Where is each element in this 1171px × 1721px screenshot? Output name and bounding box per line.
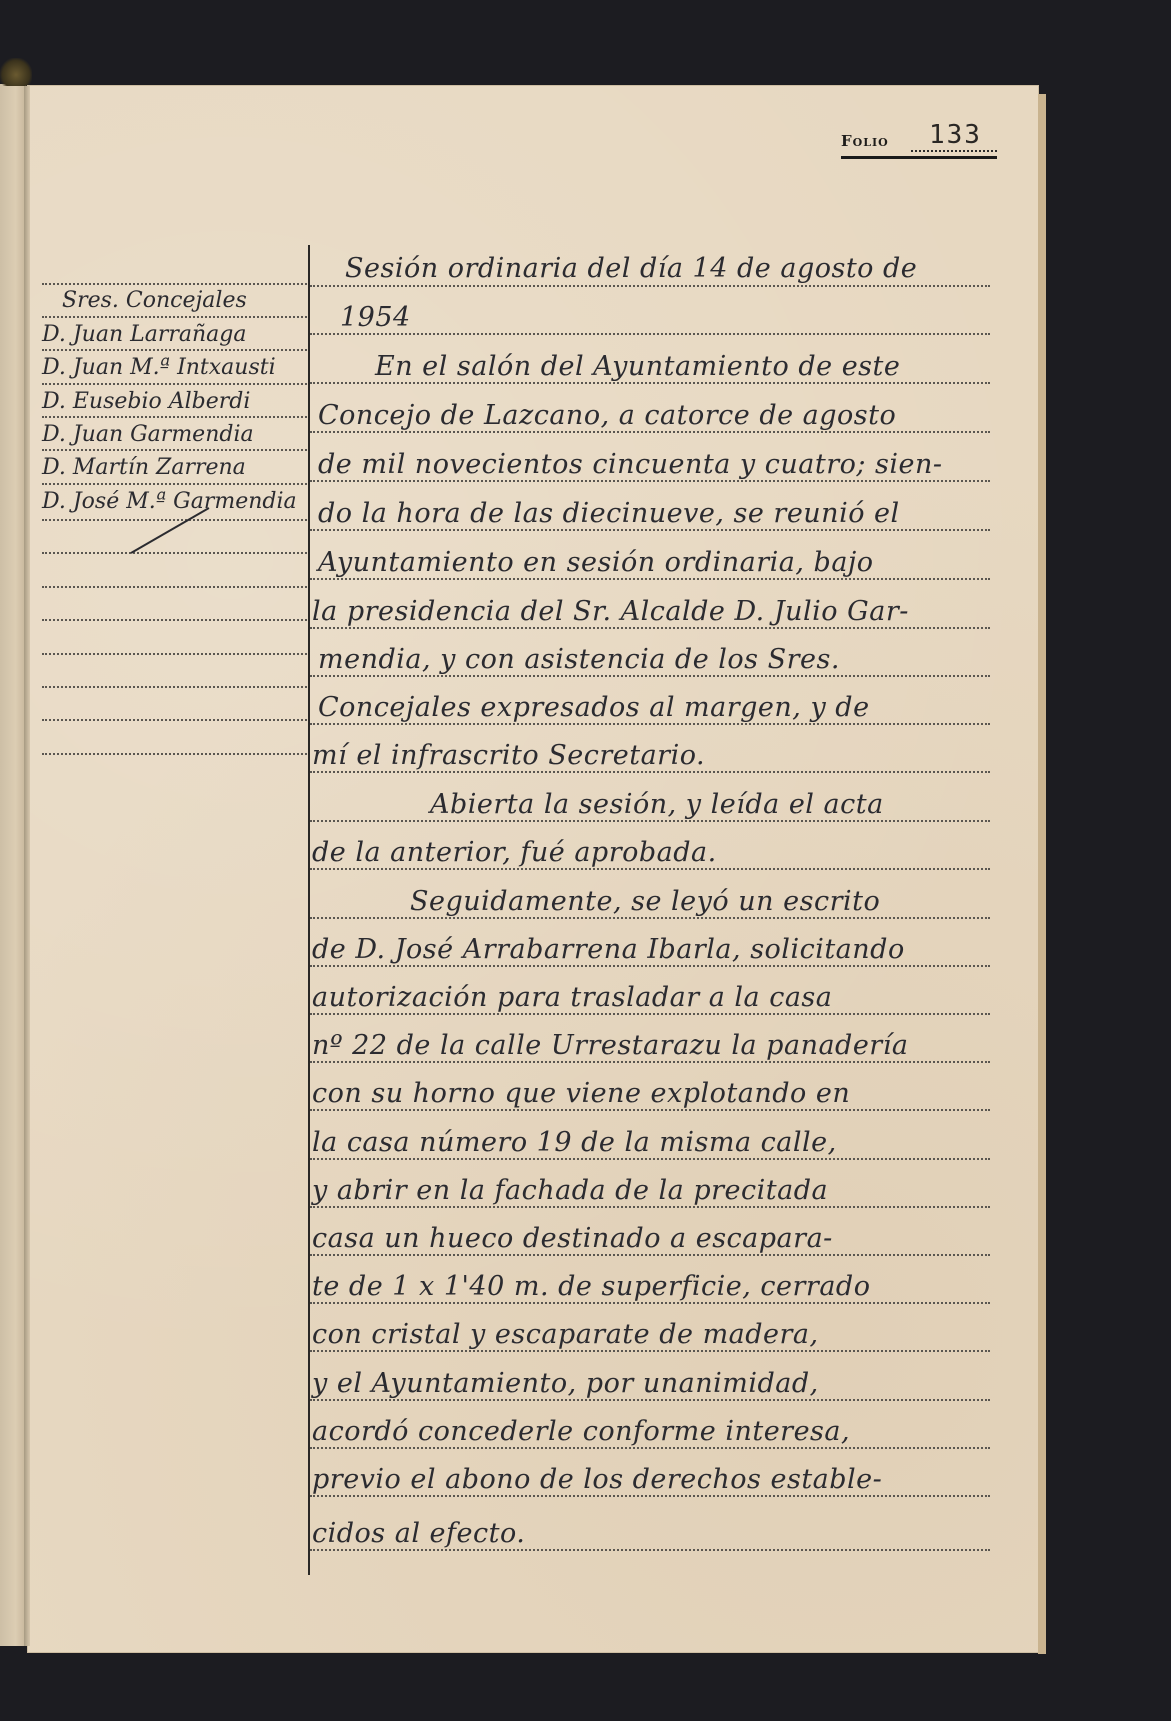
body-line: de la anterior, fué aprobada. [312, 839, 717, 866]
body-rule [310, 723, 990, 725]
folio-label: Folio [841, 132, 889, 150]
attendee-name: D. José M.ª Garmendia [42, 491, 297, 513]
body-rule [310, 1302, 990, 1304]
body-line: mí el infrascrito Secretario. [312, 742, 705, 769]
body-line: con cristal y escaparate de madera, [312, 1321, 819, 1348]
folio-number: 133 [929, 120, 982, 150]
folio-underline [841, 156, 997, 159]
margin-rule [42, 519, 307, 521]
body-line: do la hora de las diecinueve, se reunió … [318, 500, 900, 527]
margin-rule [42, 316, 307, 318]
attendee-name: D. Juan M.ª Intxausti [42, 357, 276, 379]
body-line: y abrir en la fachada de la precitada [312, 1177, 828, 1204]
body-rule [310, 1549, 990, 1551]
body-line: En el salón del Ayuntamiento de este [375, 353, 900, 380]
body-line: Seguidamente, se leyó un escrito [410, 888, 880, 915]
body-rule [310, 480, 990, 482]
body-rule [310, 1061, 990, 1063]
body-rule [310, 1399, 990, 1401]
page-gutter [24, 86, 30, 1646]
body-line: la casa número 19 de la misma calle, [312, 1129, 837, 1156]
stacked-page-edge [1038, 94, 1046, 1654]
body-line: Abierta la sesión, y leída el acta [430, 791, 884, 818]
previous-page-edge [0, 84, 26, 1646]
body-rule [310, 285, 990, 287]
body-rule [310, 675, 990, 677]
body-line: de mil novecientos cincuenta y cuatro; s… [318, 451, 943, 478]
body-rule [310, 1254, 990, 1256]
margin-rule [42, 483, 307, 485]
body-rule [310, 578, 990, 580]
body-line: de D. José Arrabarrena Ibarla, solicitan… [312, 936, 905, 963]
session-year: 1954 [340, 304, 411, 331]
body-line: y el Ayuntamiento, por unanimidad, [312, 1370, 819, 1397]
binding-clip [0, 58, 32, 86]
attendee-name: D. Juan Garmendia [42, 424, 254, 446]
folio-header: Folio 133 [833, 122, 1003, 158]
body-rule [310, 529, 990, 531]
body-rule [310, 333, 990, 335]
body-rule [310, 431, 990, 433]
body-rule [310, 1206, 990, 1208]
body-rule [310, 771, 990, 773]
session-title: Sesión ordinaria del día 14 de agosto de [345, 255, 917, 282]
margin-rule [42, 449, 307, 451]
body-line: Concejales expresados al margen, y de [318, 694, 870, 721]
body-rule [310, 868, 990, 870]
body-rule [310, 1158, 990, 1160]
body-line: Concejo de Lazcano, a catorce de agosto [318, 402, 896, 429]
body-line: la presidencia del Sr. Alcalde D. Julio … [312, 598, 909, 625]
margin-rule [42, 552, 307, 554]
attendee-name: D. Martín Zarrena [42, 457, 246, 479]
body-rule [310, 1013, 990, 1015]
body-line: mendia, y con asistencia de los Sres. [318, 646, 840, 673]
body-line: casa un hueco destinado a escapara- [312, 1225, 833, 1252]
margin-rule [42, 686, 307, 688]
body-rule [310, 1495, 990, 1497]
margin-heading: Sres. Concejales [62, 290, 247, 312]
body-line: autorización para trasladar a la casa [312, 984, 832, 1011]
body-line: nº 22 de la calle Urrestarazu la panader… [312, 1032, 908, 1059]
attendee-name: D. Eusebio Alberdi [42, 391, 250, 413]
margin-rule [42, 283, 307, 285]
margin-rule [42, 586, 307, 588]
body-line: te de 1 x 1'40 m. de superficie, cerrado [312, 1273, 870, 1300]
margin-rule [42, 719, 307, 721]
margin-rule [42, 349, 307, 351]
margin-rule [42, 383, 307, 385]
body-rule [310, 382, 990, 384]
margin-rule [42, 619, 307, 621]
body-rule [310, 1350, 990, 1352]
body-line: con su horno que viene explotando en [312, 1080, 850, 1107]
body-rule [310, 1109, 990, 1111]
body-line: acordó concederle conforme interesa, [312, 1418, 850, 1445]
body-rule [310, 820, 990, 822]
attendee-name: D. Juan Larrañaga [42, 324, 246, 346]
margin-rule [42, 416, 307, 418]
body-line: cidos al efecto. [312, 1520, 525, 1547]
folio-dotted-line [911, 150, 997, 152]
margin-rule [42, 753, 307, 755]
body-line: previo el abono de los derechos estable- [312, 1466, 882, 1493]
body-rule [310, 917, 990, 919]
body-rule [310, 965, 990, 967]
margin-rule [42, 653, 307, 655]
body-rule [310, 1447, 990, 1449]
body-line: Ayuntamiento en sesión ordinaria, bajo [318, 549, 874, 576]
body-rule [310, 627, 990, 629]
margin-divider-rule [308, 245, 310, 1575]
